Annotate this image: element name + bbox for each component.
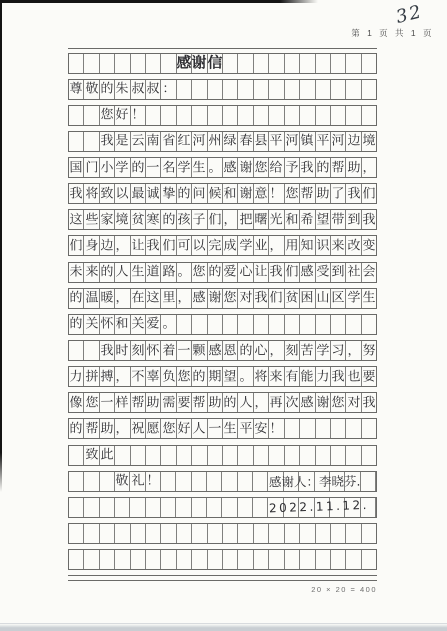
handwriting-char: 道	[147, 263, 160, 282]
grid-cell: 们	[269, 289, 284, 308]
handwriting-char: 们	[70, 236, 83, 255]
grid-cell: ！	[269, 184, 284, 203]
handwriting-char: 生	[193, 158, 206, 177]
grid-cell: 平	[238, 419, 253, 438]
grid-cell: 寒	[146, 210, 161, 229]
handwriting-char: 样	[116, 393, 129, 412]
grid-cell: ！	[131, 106, 146, 125]
grid-cell	[254, 315, 269, 334]
grid-cell: 次	[285, 393, 300, 412]
handwriting-char: ，	[347, 341, 360, 360]
grid-cell: 朱	[115, 80, 130, 99]
grid-cell: 的	[100, 80, 115, 99]
handwriting-char: 光	[270, 210, 283, 229]
grid-cell	[208, 80, 223, 99]
grid-cell	[316, 106, 331, 125]
handwriting-char: 把	[239, 210, 252, 229]
grid-cell: 这	[146, 289, 161, 308]
grid-cell: 好	[177, 419, 192, 438]
handwriting-char: 平	[316, 132, 329, 151]
handwriting-char: 致	[100, 184, 113, 203]
handwriting-char: 将	[254, 367, 267, 386]
grid-row: 您好！	[68, 105, 377, 126]
grid-cell	[346, 524, 361, 543]
grid-cell	[177, 106, 192, 125]
handwriting-char: 的	[70, 315, 83, 334]
grid-cell: 尊	[69, 80, 84, 99]
grid-cell: 里	[161, 289, 176, 308]
grid-cell: 您	[254, 158, 269, 177]
grid-cell	[69, 106, 84, 125]
grid-cell	[192, 550, 207, 569]
handwriting-char: 们	[208, 210, 221, 229]
handwriting-char: 习	[332, 341, 345, 360]
handwriting-char: 成	[224, 236, 237, 255]
handwriting-char: 好	[177, 419, 190, 438]
grid-cell	[362, 106, 376, 125]
handwriting-char: 感	[224, 158, 237, 177]
handwriting-char: 叔	[147, 80, 160, 99]
grid-cell	[238, 54, 253, 73]
grid-cell: 带	[331, 210, 346, 229]
grid-cell	[331, 106, 346, 125]
grid-cell: 的	[316, 158, 331, 177]
handwriting-char: 您	[224, 289, 237, 308]
grid-cell	[177, 80, 192, 99]
grid-cell: 暖	[100, 289, 115, 308]
grid-cell: 和	[223, 184, 238, 203]
grid-cell	[285, 550, 300, 569]
grid-cell: 生	[131, 263, 146, 282]
handwriting-char: 次	[285, 393, 298, 412]
grid-cell	[161, 106, 176, 125]
handwriting-char: 和	[224, 184, 237, 203]
handwriting-char: ，	[362, 158, 375, 177]
grid-cell: 叔	[131, 80, 146, 99]
grid-cell: 的	[100, 263, 115, 282]
handwriting-char: 带	[332, 210, 345, 229]
grid-cell: 好	[115, 106, 130, 125]
grid-cell: ，	[254, 393, 269, 412]
handwriting-char: 名	[162, 158, 175, 177]
grid-cell: 的	[208, 263, 223, 282]
handwriting-char: 时	[116, 341, 129, 360]
handwriting-char: 我	[254, 289, 267, 308]
handwriting-char: 您	[177, 367, 190, 386]
handwriting-char: 绿	[224, 132, 237, 151]
grid-cell	[223, 80, 238, 99]
handwriting-char: 怀	[147, 341, 160, 360]
grid-cell: 问	[192, 184, 207, 203]
handwriting-char: 一	[147, 158, 160, 177]
handwriting-char: 一	[208, 419, 221, 438]
handwriting-char: 一	[100, 393, 113, 412]
handwriting-char: 刻	[285, 341, 298, 360]
handwriting-char: 您	[285, 184, 298, 203]
grid-cell: 县	[254, 132, 269, 151]
grid-cell	[69, 524, 84, 543]
grid-cell	[84, 550, 99, 569]
grid-cell	[146, 446, 161, 465]
handwriting-char: 完	[208, 236, 221, 255]
grid-cell	[269, 524, 284, 543]
handwriting-char: ！	[270, 184, 283, 203]
handwriting-char: 的	[177, 184, 190, 203]
handwriting-char: 温	[85, 289, 98, 308]
grid-cell: ！	[146, 472, 161, 491]
handwriting-char: 人	[116, 263, 129, 282]
grid-cell	[238, 498, 253, 517]
scan-edge-top	[0, 0, 318, 3]
grid-cell: 境	[362, 132, 376, 151]
grid-cell	[269, 106, 284, 125]
grid-cell	[115, 446, 130, 465]
grid-cell: 的	[192, 367, 207, 386]
handwriting-char: 谢	[208, 289, 221, 308]
grid-cell: 业	[254, 236, 269, 255]
grid-cell	[254, 446, 269, 465]
handwriting-char: 我	[301, 158, 314, 177]
grid-cell: 困	[300, 289, 315, 308]
grid-cell	[331, 524, 346, 543]
grid-cell: 的	[69, 315, 84, 334]
handwriting-char: 镇	[301, 132, 314, 151]
grid-cell: 致	[84, 446, 99, 465]
grid-cell: 会	[362, 263, 376, 282]
grid-cell: 帮	[131, 393, 146, 412]
grid-cell: 爱	[146, 315, 161, 334]
handwriting-char: 改	[347, 236, 360, 255]
grid-cell	[285, 419, 300, 438]
grid-cell: 谢	[238, 158, 253, 177]
handwriting-char: 要	[362, 367, 375, 386]
handwriting-char: 。	[208, 158, 221, 177]
grid-cell: 助	[316, 184, 331, 203]
handwriting-char: 心	[254, 341, 267, 360]
grid-row: 我时刻怀着一颗感恩的心，刻苦学习，努	[68, 340, 377, 361]
grid-cell	[208, 550, 223, 569]
grid-cell	[69, 498, 84, 517]
grid-cell: 需	[161, 393, 176, 412]
handwriting-char: 力	[316, 367, 329, 386]
grid-cell: 。	[238, 367, 253, 386]
grid-row: 们身边，让我们可以完成学业，用知识来改变	[68, 235, 377, 256]
handwriting-char: 寒	[147, 210, 160, 229]
handwriting-char: 们	[362, 184, 375, 203]
handwriting-char: 叔	[131, 80, 144, 99]
grid-cell: 力	[69, 367, 84, 386]
grid-row: 致此	[68, 445, 377, 466]
grid-cell: 敬	[84, 80, 99, 99]
grid-cell	[192, 315, 207, 334]
grid-cell	[300, 80, 315, 99]
grid-cell: 平	[269, 132, 284, 151]
grid-cell: 挚	[161, 184, 176, 203]
grid-cell	[253, 472, 268, 491]
grid-cell: 人	[192, 419, 207, 438]
handwriting-char: 愿	[147, 419, 160, 438]
handwriting-char: 州	[208, 132, 221, 151]
handwriting-char: 的	[239, 341, 252, 360]
handwriting-char: 像	[70, 393, 83, 412]
handwriting-char: 的	[316, 158, 329, 177]
grid-cell	[131, 54, 146, 73]
grid-cell	[285, 446, 300, 465]
grid-cell: 着	[161, 341, 176, 360]
grid-cell: 关	[131, 315, 146, 334]
grid-cell	[269, 446, 284, 465]
handwriting-char: 让	[254, 263, 267, 282]
grid-cell	[222, 498, 237, 517]
grid-cell: 关	[84, 315, 99, 334]
handwriting-char: ，	[116, 367, 129, 386]
handwriting-char: 南	[147, 132, 160, 151]
grid-cell	[192, 498, 207, 517]
grid-cell: 名	[161, 158, 176, 177]
handwriting-char: 山	[316, 289, 329, 308]
grid-cell: 帮	[192, 393, 207, 412]
grid-cell: 来	[331, 236, 346, 255]
grid-cell: ，	[269, 341, 284, 360]
grid-cell: 助	[346, 158, 361, 177]
handwriting-char: 致	[85, 446, 98, 465]
grid-cell: 未	[69, 263, 84, 282]
grid-cell	[331, 315, 346, 334]
grid-cell: 拼	[84, 367, 99, 386]
grid-cell: 我	[146, 236, 161, 255]
handwriting-char: 的	[224, 393, 237, 412]
grid-cell: 助	[208, 393, 223, 412]
handwriting-char: 给	[270, 158, 283, 177]
handwriting-char: 朱	[116, 80, 129, 99]
grid-cell	[131, 446, 146, 465]
grid-cell: ，	[115, 367, 130, 386]
grid-cell: 能	[300, 367, 315, 386]
handwriting-char: 关	[85, 315, 98, 334]
grid-cell: 识	[316, 236, 331, 255]
handwriting-char: 到	[347, 210, 360, 229]
grid-cell: 谢	[192, 54, 207, 73]
grid-cell: 让	[131, 236, 146, 255]
grid-cell: 我	[100, 132, 115, 151]
grid-cell: 对	[238, 289, 253, 308]
grid-cell	[161, 446, 176, 465]
grid-cell	[253, 498, 268, 517]
handwriting-char: 学	[239, 236, 252, 255]
handwriting-char: 用	[285, 236, 298, 255]
grid-cell: 予	[285, 158, 300, 177]
grid-cell	[115, 550, 130, 569]
handwriting-char: 再	[270, 393, 283, 412]
grid-cell: 和	[115, 315, 130, 334]
handwriting-char: 爱	[147, 315, 160, 334]
grid-cell: 在	[131, 289, 146, 308]
grid-cell: 努	[362, 341, 376, 360]
handwriting-char: 力	[70, 367, 83, 386]
grid-cell	[69, 446, 84, 465]
handwriting-char: 需	[162, 393, 175, 412]
grid-cell	[192, 80, 207, 99]
grid-row	[68, 523, 377, 544]
grid-cell: 诚	[146, 184, 161, 203]
grid-cell	[146, 106, 161, 125]
grid-cell	[269, 315, 284, 334]
handwriting-char: 助	[316, 184, 329, 203]
grid-cell: 期	[208, 367, 223, 386]
grid-cell: 贫	[131, 210, 146, 229]
grid-cell: 也	[346, 367, 361, 386]
grid-cell	[100, 498, 115, 517]
grid-cell	[300, 446, 315, 465]
grid-cell: 助	[100, 419, 115, 438]
handwriting-char: 未	[70, 263, 83, 282]
grid-cell: 到	[346, 210, 361, 229]
handwriting-char: 期	[208, 367, 221, 386]
grid-cell: 一	[177, 341, 192, 360]
grid-cell	[300, 54, 315, 73]
handwriting-char: ，	[270, 236, 283, 255]
grid-cell: 爱	[223, 263, 238, 282]
handwriting-char: 我	[70, 184, 83, 203]
handwriting-char: ，	[224, 210, 237, 229]
handwriting-char: 暖	[100, 289, 113, 308]
grid-cell: 们	[362, 184, 376, 203]
grid-cell	[300, 550, 315, 569]
grid-cell	[316, 550, 331, 569]
handwriting-char: 河	[193, 132, 206, 151]
handwriting-char: 来	[332, 236, 345, 255]
handwriting-char: 路	[162, 263, 175, 282]
grid-cell: 镇	[300, 132, 315, 151]
handwriting-char: 最	[131, 184, 144, 203]
grid-cell: 边	[100, 236, 115, 255]
handwriting-char: 此	[100, 446, 113, 465]
grid-cell	[84, 524, 99, 543]
grid-cell: 敬	[115, 472, 130, 491]
grid-cell	[269, 54, 284, 73]
handwriting-char: 好	[116, 106, 129, 125]
page-number-label: 第 1 页 共 1 页	[351, 27, 434, 39]
grid-cell: 社	[346, 263, 361, 282]
grid-cell: 的	[223, 393, 238, 412]
grid-cell	[84, 54, 99, 73]
handwriting-char: 挚	[162, 184, 175, 203]
grid-cell: 成	[223, 236, 238, 255]
handwriting-char: 。	[162, 315, 175, 334]
grid-cell: 这	[69, 210, 84, 229]
scanned-letter-page: 第 1 页 共 1 页 32 感谢信尊敬的朱叔叔：您好！我是云南省红河州绿春县平…	[0, 0, 447, 631]
grid-row: 2022.11.12.	[68, 497, 377, 518]
grid-cell: 贫	[285, 289, 300, 308]
handwriting-char: 们	[162, 236, 175, 255]
grid-cell: 完	[208, 236, 223, 255]
handwriting-char: 感	[301, 393, 314, 412]
handwriting-char: 希	[301, 210, 314, 229]
grid-cell	[254, 54, 269, 73]
handwriting-char: 生	[362, 289, 375, 308]
grid-cell	[192, 524, 207, 543]
handwriting-char: 候	[208, 184, 221, 203]
grid-cell: ，	[346, 341, 361, 360]
handwriting-char: 门	[85, 158, 98, 177]
grid-cell	[69, 472, 84, 491]
grid-cell: 时	[115, 341, 130, 360]
grid-cell	[300, 315, 315, 334]
handwriting-char: 对	[347, 393, 360, 412]
grid-cell: 一	[208, 419, 223, 438]
handwriting-char: 身	[85, 236, 98, 255]
grid-cell: 的	[238, 341, 253, 360]
grid-cell: 我	[300, 158, 315, 177]
handwriting-char: 来	[85, 263, 98, 282]
handwriting-char: 会	[362, 263, 375, 282]
grid-cell: ，	[223, 210, 238, 229]
handwriting-char: 助	[347, 158, 360, 177]
grid-cell: 习	[331, 341, 346, 360]
grid-cell: 帮	[331, 158, 346, 177]
handwriting-char: 刻	[131, 341, 144, 360]
grid-cell: 将	[254, 367, 269, 386]
handwriting-char: 边	[347, 132, 360, 151]
handwriting-char: 我	[147, 236, 160, 255]
grid-cell	[238, 80, 253, 99]
grid-cell: 的	[69, 289, 84, 308]
grid-cell: 我	[254, 289, 269, 308]
handwriting-char: 祝	[131, 419, 144, 438]
handwriting-char: 您	[254, 158, 267, 177]
handwriting-char: ，	[116, 419, 129, 438]
handwriting-char: 的	[162, 210, 175, 229]
grid-cell: 望	[223, 367, 238, 386]
grid-cell: 助	[146, 393, 161, 412]
grid-cell: 曙	[254, 210, 269, 229]
handwriting-char: 学	[116, 158, 129, 177]
grid-cell: 们	[161, 236, 176, 255]
grid-cell: 最	[131, 184, 146, 203]
handwriting-char: 曙	[254, 210, 267, 229]
handwriting-char: 到	[332, 263, 345, 282]
handwriting-char: 人	[239, 393, 252, 412]
grid-cell	[192, 106, 207, 125]
handwriting-char: 生	[224, 419, 237, 438]
grid-sheet: 感谢信尊敬的朱叔叔：您好！我是云南省红河州绿春县平河镇平河边境国门小学的一名学生…	[68, 48, 377, 581]
handwriting-char: 帮	[193, 393, 206, 412]
grid-cell: ！	[269, 419, 284, 438]
handwriting-char: 生	[131, 263, 144, 282]
handwriting-char: 感	[176, 53, 191, 72]
grid-cell	[177, 446, 192, 465]
grid-cell: 您	[285, 184, 300, 203]
handwriting-char: 些	[85, 210, 98, 229]
grid-cell: 可	[177, 236, 192, 255]
grid-count-label: 20 × 20 = 400	[311, 585, 377, 594]
handwriting-char: 云	[131, 132, 144, 151]
handwriting-char: 帮	[85, 419, 98, 438]
handwriting-char: 助	[147, 393, 160, 412]
handwriting-char: 拼	[85, 367, 98, 386]
grid-cell	[115, 54, 130, 73]
grid-cell	[69, 341, 84, 360]
grid-cell: 搏	[100, 367, 115, 386]
handwriting-char: 我	[362, 210, 375, 229]
grid-cell: 绿	[223, 132, 238, 151]
grid-row: 的帮助，祝愿您好人一生平安！	[68, 418, 377, 439]
grid-cell: ，	[177, 289, 192, 308]
sheet-bottom-rule	[68, 575, 377, 581]
handwriting-text: 2022.11.12.	[268, 497, 345, 519]
handwriting-char: 敬	[85, 80, 98, 99]
handwriting-char: 省	[162, 132, 175, 151]
